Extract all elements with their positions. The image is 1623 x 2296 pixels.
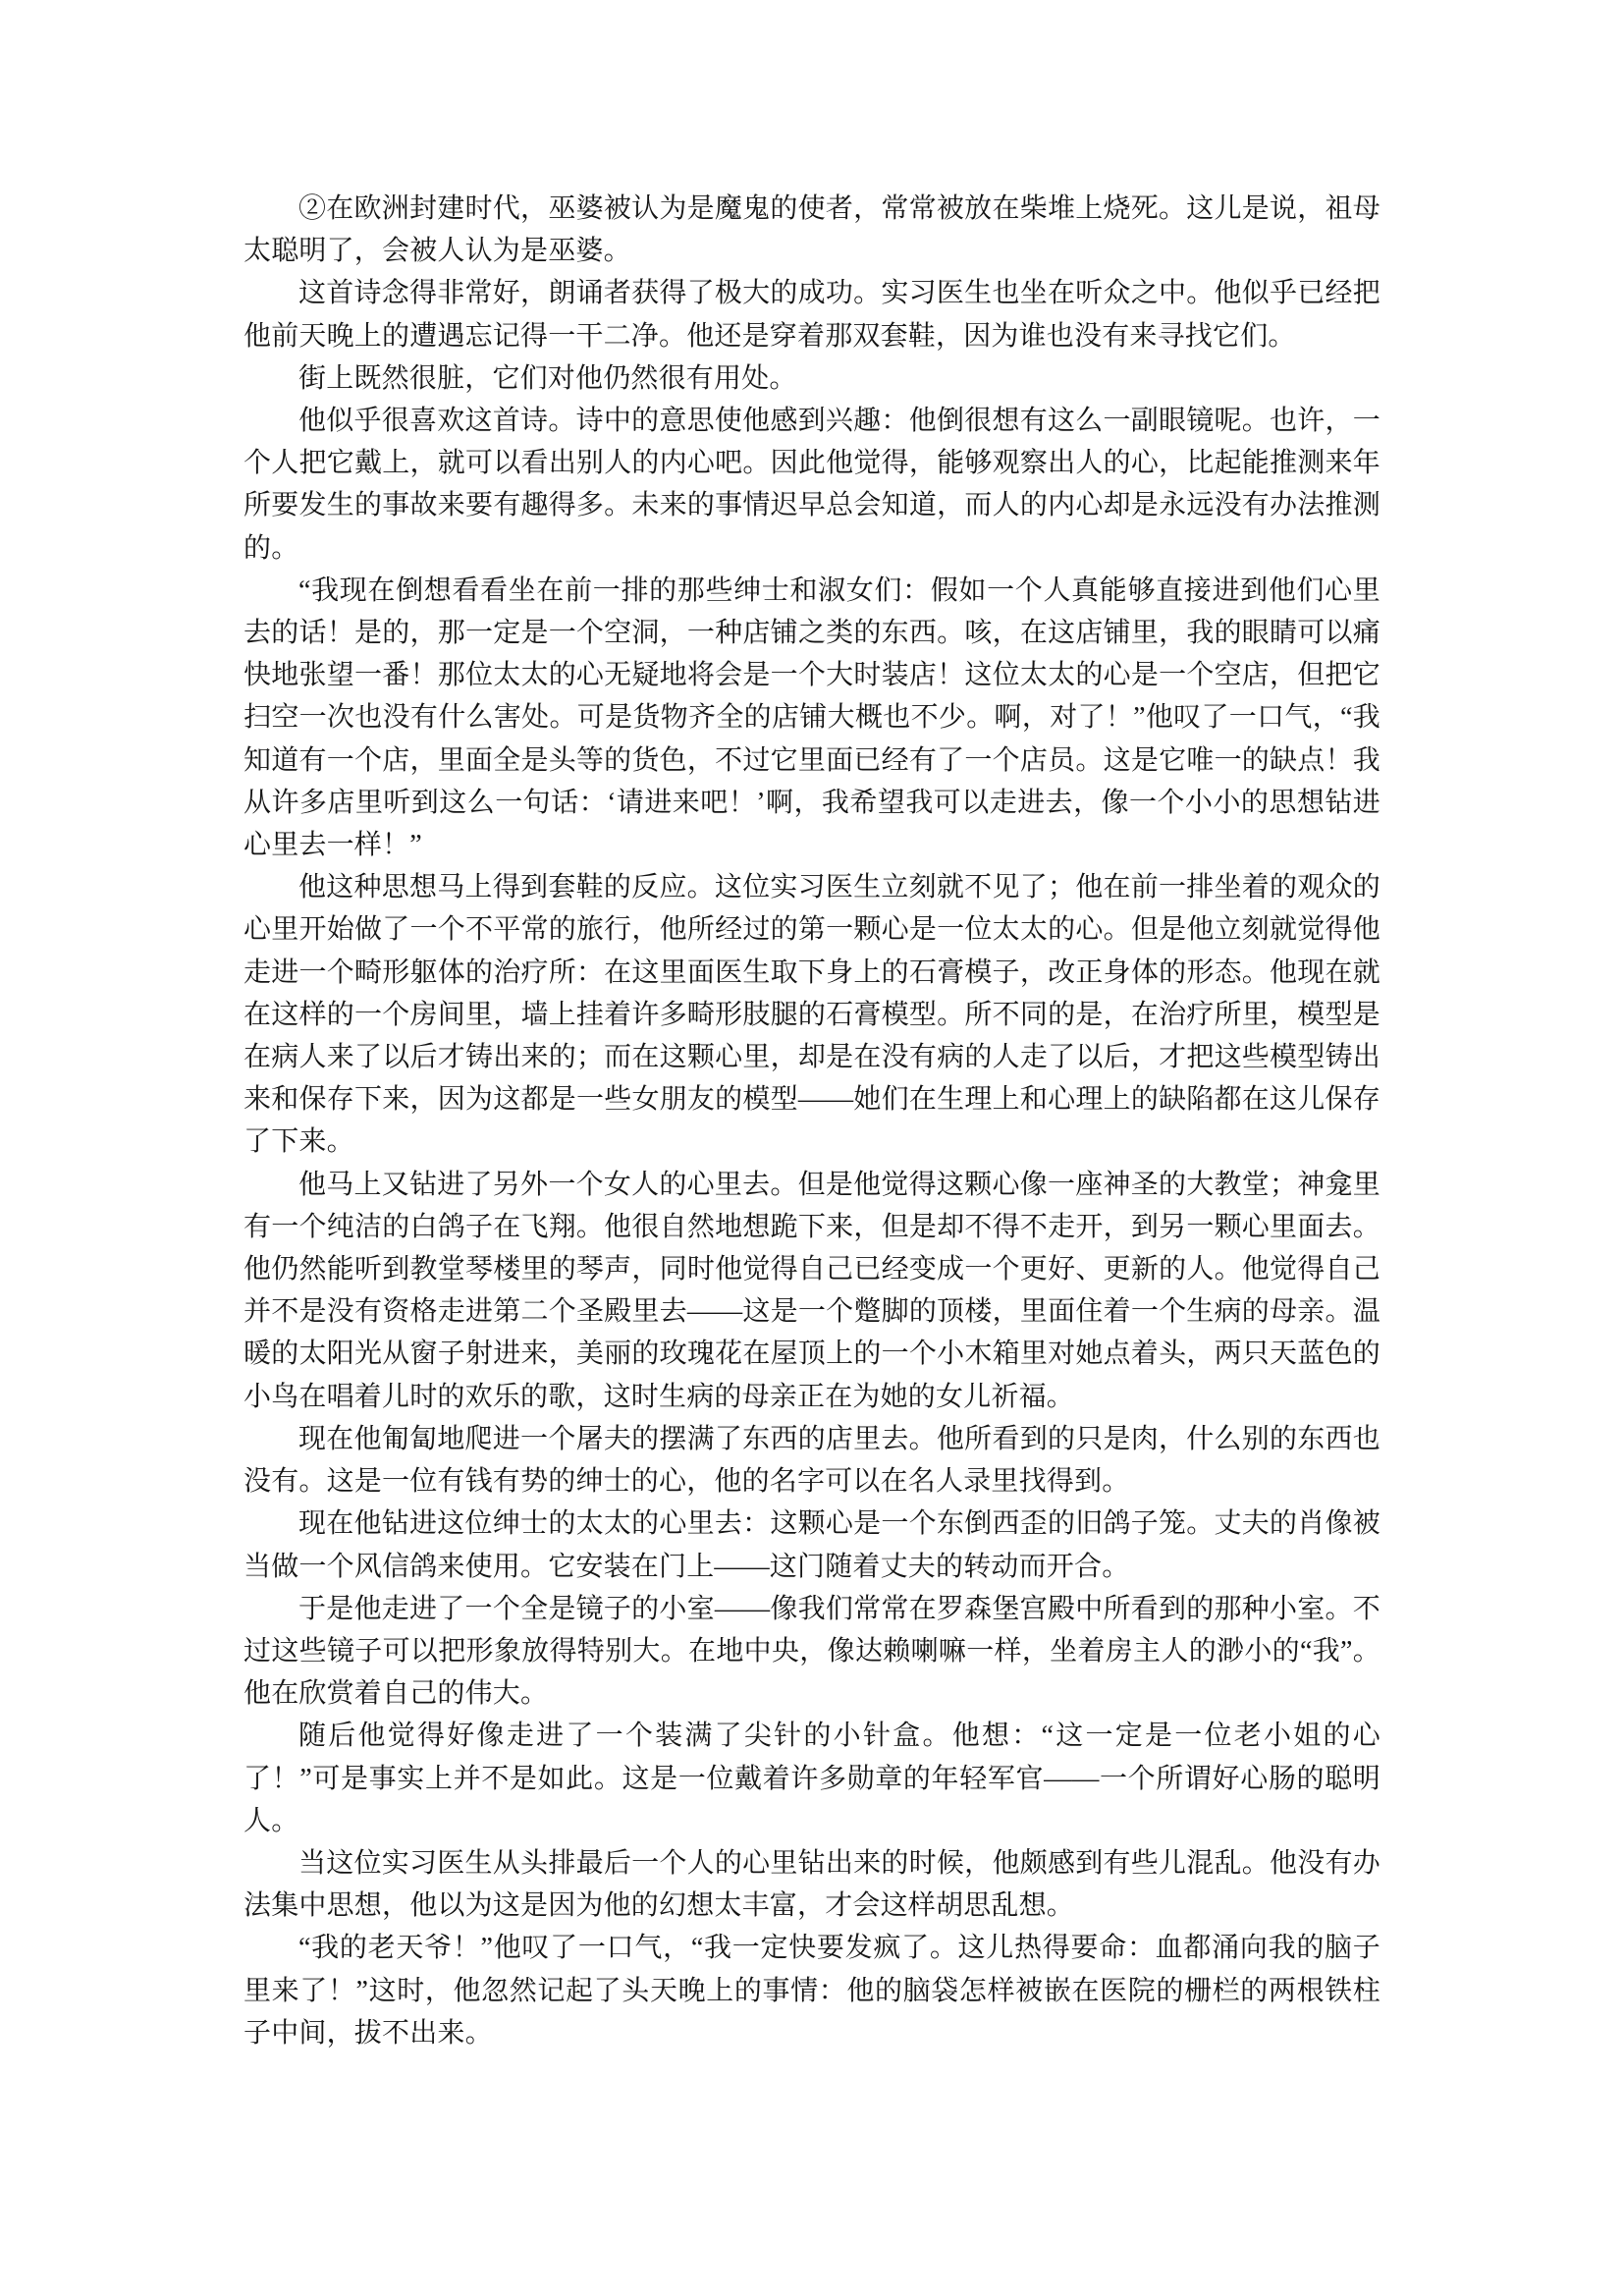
document-page: ②在欧洲封建时代，巫婆被认为是魔鬼的使者，常常被放在柴堆上烧死。这儿是说，祖母太…: [0, 0, 1623, 2296]
paragraph: 现在他匍匐地爬进一个屠夫的摆满了东西的店里去。他所看到的只是肉，什么别的东西也没…: [243, 1418, 1380, 1503]
paragraph: “我的老天爷！”他叹了一口气，“我一定快要发疯了。这儿热得要命：血都涌向我的脑子…: [243, 1927, 1380, 2054]
paragraph: 随后他觉得好像走进了一个装满了尖针的小针盒。他想：“这一定是一位老小姐的心了！”…: [243, 1715, 1380, 1842]
footnote-paragraph: ②在欧洲封建时代，巫婆被认为是魔鬼的使者，常常被放在柴堆上烧死。这儿是说，祖母太…: [243, 188, 1380, 272]
paragraph: 他马上又钻进了另外一个女人的心里去。但是他觉得这颗心像一座神圣的大教堂；神龛里有…: [243, 1164, 1380, 1418]
paragraph: 于是他走进了一个全是镜子的小室——像我们常常在罗森堡宫殿中所看到的那种小室。不过…: [243, 1588, 1380, 1716]
paragraph: 当这位实习医生从头排最后一个人的心里钻出来的时候，他颇感到有些儿混乱。他没有办法…: [243, 1842, 1380, 1927]
paragraph: 街上既然很脏，它们对他仍然很有用处。: [243, 357, 1380, 400]
paragraph: 现在他钻进这位绅士的太太的心里去：这颗心是一个东倒西歪的旧鸽子笼。丈夫的肖像被当…: [243, 1503, 1380, 1587]
text-block: ②在欧洲封建时代，巫婆被认为是魔鬼的使者，常常被放在柴堆上烧死。这儿是说，祖母太…: [243, 188, 1380, 2054]
paragraph: 他这种思想马上得到套鞋的反应。这位实习医生立刻就不见了；他在前一排坐着的观众的心…: [243, 866, 1380, 1163]
paragraph: 这首诗念得非常好，朗诵者获得了极大的成功。实习医生也坐在听众之中。他似乎已经把他…: [243, 272, 1380, 356]
paragraph: 他似乎很喜欢这首诗。诗中的意思使他感到兴趣：他倒很想有这么一副眼镜呢。也许，一个…: [243, 400, 1380, 570]
paragraph: “我现在倒想看看坐在前一排的那些绅士和淑女们：假如一个人真能够直接进到他们心里去…: [243, 570, 1380, 866]
